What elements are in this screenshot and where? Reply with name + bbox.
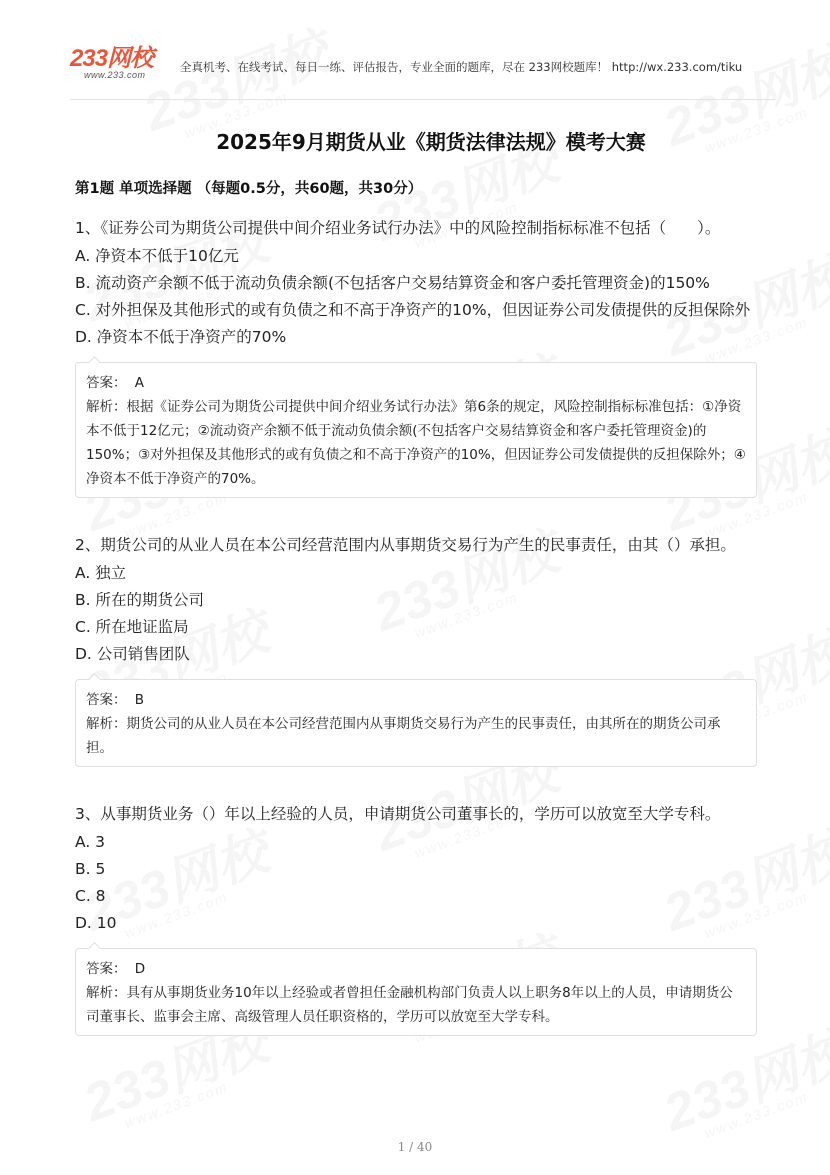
option-b: B. 流动资产余额不低于流动负债余额(不包括客户交易结算资金和客户委托管理资金)…: [75, 270, 757, 296]
option-a: A. 3: [75, 829, 757, 855]
answer-box: 答案： D 解析：具有从事期货业务10年以上经验或者曾担任金融机构部门负责人以上…: [75, 948, 757, 1036]
answer-value: A: [135, 375, 144, 391]
logo-url: www.233.com: [84, 70, 170, 80]
answer-line: 答案： B: [86, 688, 746, 712]
header-slogan: 全真机考、在线考试、每日一练、评估报告，专业全面的题库，尽在 233网校题库！ …: [180, 59, 742, 75]
answer-line: 答案： A: [86, 371, 746, 395]
document-body: 2025年9月期货从业《期货法律法规》模考大赛 第1题 单项选择题 （每题0.5…: [75, 125, 757, 1058]
question-stem: 1、《证券公司为期货公司提供中间介绍业务试行办法》中的风险控制指标标准不包括（ …: [75, 215, 757, 241]
answer-label: 答案：: [86, 375, 127, 391]
answer-line: 答案： D: [86, 957, 746, 981]
question-stem: 2、期货公司的从业人员在本公司经营范围内从事期货交易行为产生的民事责任，由其（）…: [75, 532, 757, 558]
answer-value: B: [135, 692, 144, 708]
question-item: 3、从事期货业务（）年以上经验的人员，申请期货公司董事长的，学历可以放宽至大学专…: [75, 801, 757, 1036]
question-item: 1、《证券公司为期货公司提供中间介绍业务试行办法》中的风险控制指标标准不包括（ …: [75, 215, 757, 498]
header-divider: [70, 99, 775, 100]
option-b: B. 所在的期货公司: [75, 587, 757, 613]
analysis-text: 解析：期货公司的从业人员在本公司经营范围内从事期货交易行为产生的民事责任，由其所…: [86, 712, 746, 760]
option-d: D. 10: [75, 910, 757, 936]
option-d: D. 公司销售团队: [75, 641, 757, 667]
option-b: B. 5: [75, 856, 757, 882]
answer-box: 答案： A 解析：根据《证券公司为期货公司提供中间介绍业务试行办法》第6条的规定…: [75, 362, 757, 498]
option-c: C. 对外担保及其他形式的或有负债之和不高于净资产的10%，但因证券公司发债提供…: [75, 297, 757, 323]
analysis-text: 解析：具有从事期货业务10年以上经验或者曾担任金融机构部门负责人以上职务8年以上…: [86, 981, 746, 1029]
option-c: C. 8: [75, 883, 757, 909]
answer-value: D: [135, 961, 145, 977]
analysis-text: 解析：根据《证券公司为期货公司提供中间介绍业务试行办法》第6条的规定，风险控制指…: [86, 395, 746, 491]
option-d: D. 净资本不低于净资产的70%: [75, 324, 757, 350]
brand-logo: 233网校 www.233.com: [70, 46, 170, 80]
page-header: 233网校 www.233.com 全真机考、在线考试、每日一练、评估报告，专业…: [70, 46, 780, 96]
question-stem: 3、从事期货业务（）年以上经验的人员，申请期货公司董事长的，学历可以放宽至大学专…: [75, 801, 757, 827]
section-title: 第1题 单项选择题 （每题0.5分，共60题，共30分）: [75, 179, 757, 199]
option-a: A. 独立: [75, 560, 757, 586]
page-indicator: 1 / 40: [0, 1140, 830, 1154]
logo-text: 233网校: [70, 46, 170, 72]
answer-label: 答案：: [86, 692, 127, 708]
document-title: 2025年9月期货从业《期货法律法规》模考大赛: [105, 125, 757, 159]
option-a: A. 净资本不低于10亿元: [75, 243, 757, 269]
question-item: 2、期货公司的从业人员在本公司经营范围内从事期货交易行为产生的民事责任，由其（）…: [75, 532, 757, 767]
answer-label: 答案：: [86, 961, 127, 977]
answer-box: 答案： B 解析：期货公司的从业人员在本公司经营范围内从事期货交易行为产生的民事…: [75, 679, 757, 767]
option-c: C. 所在地证监局: [75, 614, 757, 640]
